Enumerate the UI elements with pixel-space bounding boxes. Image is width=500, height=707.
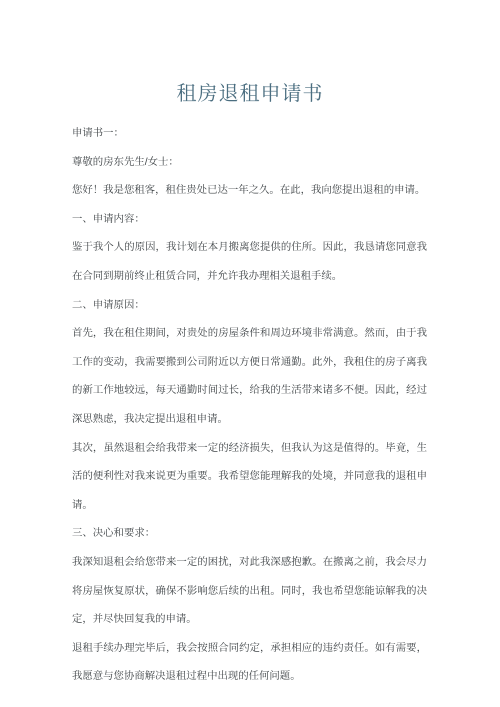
paragraph: 申请书一：	[72, 120, 427, 149]
document-page: 租房退租申请书 申请书一：尊敬的房东先生/女士：您好！我是您租客，租住贵处已达一…	[0, 0, 500, 707]
paragraph: 您好！我是您租客，租住贵处已达一年之久。在此，我向您提出退租的申请。	[72, 177, 427, 206]
document-body: 申请书一：尊敬的房东先生/女士：您好！我是您租客，租住贵处已达一年之久。在此，我…	[72, 120, 427, 692]
document-title: 租房退租申请书	[0, 0, 500, 107]
paragraph: 尊敬的房东先生/女士：	[72, 149, 427, 178]
paragraph: 三、决心和要求：	[72, 520, 427, 549]
paragraph: 退租手续办理完毕后，我会按照合同约定，承担相应的违约责任。如有需要，我愿意与您协…	[72, 635, 427, 692]
paragraph: 我深知退租会给您带来一定的困扰，对此我深感抱歉。在搬离之前，我会尽力将房屋恢复原…	[72, 549, 427, 635]
paragraph: 鉴于我个人的原因，我计划在本月搬离您提供的住所。因此，我恳请您同意我在合同到期前…	[72, 234, 427, 291]
paragraph: 一、申请内容：	[72, 206, 427, 235]
paragraph: 其次，虽然退租会给我带来一定的经济损失，但我认为这是值得的。毕竟，生活的便利性对…	[72, 435, 427, 521]
paragraph: 首先，我在租住期间，对贵处的房屋条件和周边环境非常满意。然而，由于我工作的变动，…	[72, 320, 427, 434]
paragraph: 二、申请原因：	[72, 292, 427, 321]
